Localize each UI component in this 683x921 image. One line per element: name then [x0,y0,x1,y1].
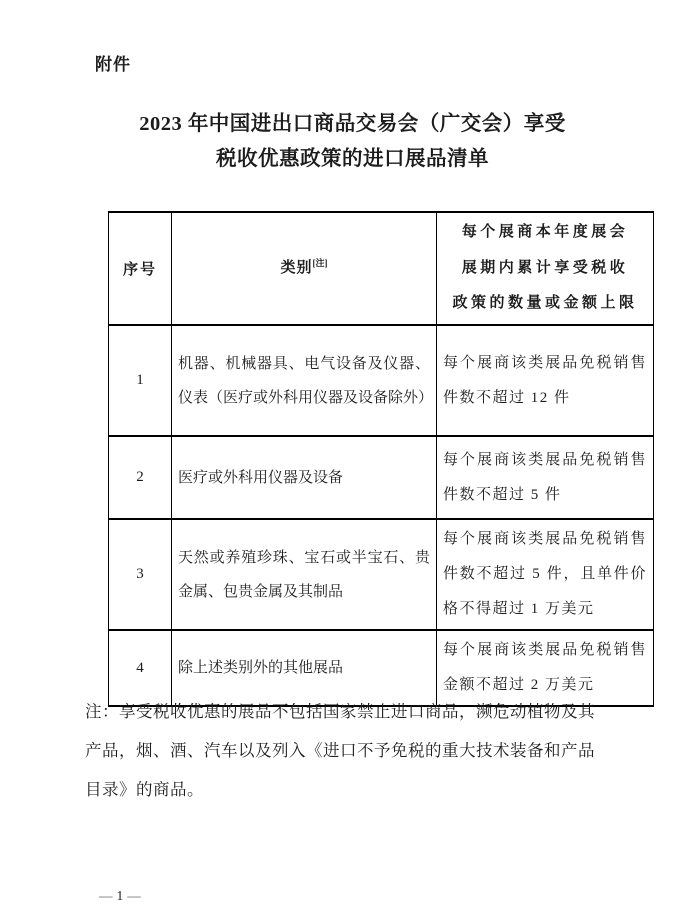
row-number: 2 [109,436,172,519]
page-footer: —1— [99,888,141,904]
category-cell: 医疗或外科用仪器及设备 [172,436,437,519]
table-row: 1 机器、机械器具、电气设备及仪器、仪表（医疗或外科用仪器及设备除外） 每个展商… [109,325,654,436]
limit-cell: 每个展商该类展品免税销售件数不超过 5 件 [437,436,654,519]
table-row: 2 医疗或外科用仪器及设备 每个展商该类展品免税销售件数不超过 5 件 [109,436,654,519]
exhibits-table: 序号 类别[注] 每个展商本年度展会 展期内累计享受税收 政策的数量或金额上限 … [108,211,654,707]
category-cell: 机器、机械器具、电气设备及仪器、仪表（医疗或外科用仪器及设备除外） [172,325,437,436]
header-cell-category: 类别[注] [172,212,437,325]
page-number: 1 [113,888,128,903]
note-paragraph: 注：享受税收优惠的展品不包括国家禁止进口商品，濒危动植物及其产品，烟、酒、汽车以… [85,692,595,809]
footer-dash-left: — [99,888,113,903]
header-cell-limit: 每个展商本年度展会 展期内累计享受税收 政策的数量或金额上限 [437,212,654,325]
table-header-row: 序号 类别[注] 每个展商本年度展会 展期内累计享受税收 政策的数量或金额上限 [109,212,654,325]
header-category-label: 类别 [280,260,312,276]
category-cell: 天然或养殖珍珠、宝石或半宝石、贵金属、包贵金属及其制品 [172,519,437,630]
document-title: 2023 年中国进出口商品交易会（广交会）享受 税收优惠政策的进口展品清单 [80,107,625,177]
row-number: 3 [109,519,172,630]
header-limit-line: 展期内累计享受税收 [443,251,647,287]
header-limit-line: 政策的数量或金额上限 [443,286,647,322]
attachment-label: 附件 [95,50,131,75]
document-page: 附件 2023 年中国进出口商品交易会（广交会）享受 税收优惠政策的进口展品清单… [0,0,683,921]
table-row: 3 天然或养殖珍珠、宝石或半宝石、贵金属、包贵金属及其制品 每个展商该类展品免税… [109,519,654,630]
limit-cell: 每个展商该类展品免税销售件数不超过 12 件 [437,325,654,436]
footer-dash-right: — [127,888,141,903]
title-line-1: 2023 年中国进出口商品交易会（广交会）享受 [80,107,625,142]
header-cell-number: 序号 [109,212,172,325]
row-number: 1 [109,325,172,436]
header-limit-line: 每个展商本年度展会 [443,215,647,251]
title-line-2: 税收优惠政策的进口展品清单 [80,142,625,177]
note-reference-superscript: [注] [313,258,328,268]
limit-cell: 每个展商该类展品免税销售件数不超过 5 件，且单件价格不得超过 1 万美元 [437,519,654,630]
